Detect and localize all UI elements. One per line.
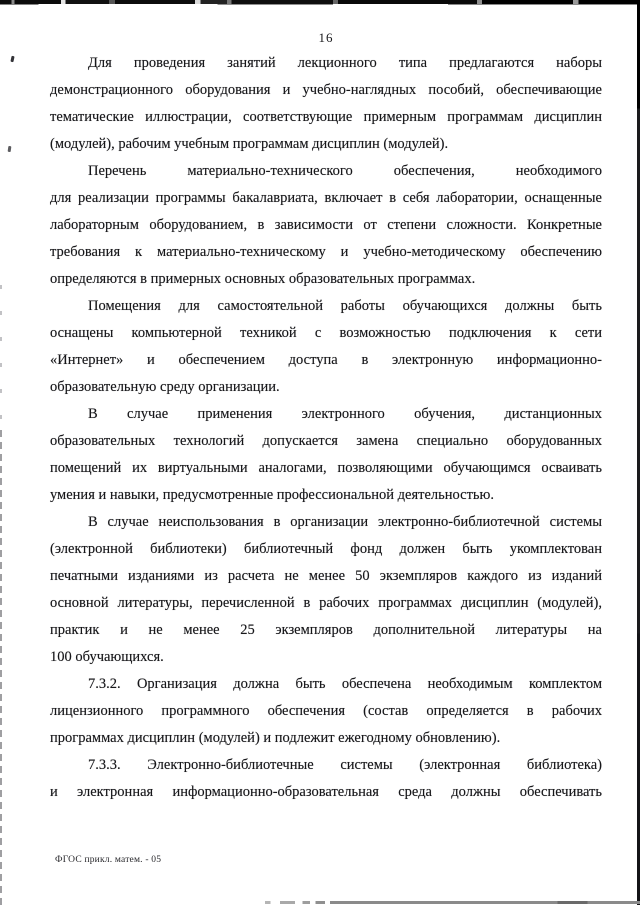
text-line: Для проведения занятий лекционного типа … <box>50 50 602 77</box>
text-line: (электронной библиотеки) библиотечный фо… <box>50 536 602 563</box>
paragraph: Помещения для самостоятельной работы обу… <box>50 293 602 401</box>
footer-note: ФГОС прикл. матем. - 05 <box>55 855 161 865</box>
scan-artifact-left-edge <box>0 430 2 905</box>
paragraph: 7.3.3. Электронно-библиотечные системы (… <box>50 752 602 806</box>
document-body: Для проведения занятий лекционного типа … <box>50 50 602 806</box>
scan-artifact-bottom-line <box>265 901 640 904</box>
text-line: умения и навыки, предусмотренные професс… <box>50 482 602 509</box>
page-number: 16 <box>50 30 602 46</box>
text-line: и электронная информационно-образователь… <box>50 779 602 806</box>
text-line: оснащены компьютерной техникой с возможн… <box>50 320 602 347</box>
paragraph: В случае применения электронного обучени… <box>50 401 602 509</box>
text-line: 7.3.3. Электронно-библиотечные системы (… <box>50 752 602 779</box>
text-line: демонстрационного оборудования и учебно-… <box>50 77 602 104</box>
text-line: образовательную среду организации. <box>50 374 602 401</box>
text-line: требования к материально-техническому и … <box>50 239 602 266</box>
scan-artifact-left-edge-upper <box>0 285 2 430</box>
text-line: определяются в примерных основных образо… <box>50 266 602 293</box>
text-line: Помещения для самостоятельной работы обу… <box>50 293 602 320</box>
text-line: печатными изданиями из расчета не менее … <box>50 563 602 590</box>
text-line: программах дисциплин (модулей) и подлежи… <box>50 725 602 752</box>
text-line: тематические иллюстрации, соответствующи… <box>50 104 602 131</box>
text-line: (модулей), рабочим учебным программам ди… <box>50 131 602 158</box>
text-line: лабораторным оборудованием, в зависимост… <box>50 212 602 239</box>
text-line: образовательных технологий допускается з… <box>50 428 602 455</box>
text-line: В случае неиспользования в организации э… <box>50 509 602 536</box>
text-line: «Интернет» и обеспечением доступа в элек… <box>50 347 602 374</box>
paragraph: В случае неиспользования в организации э… <box>50 509 602 671</box>
scan-artifact-top-edge-thin <box>0 4 640 5</box>
text-line: Перечень материально-технического обеспе… <box>50 158 602 185</box>
text-line: 100 обучающихся. <box>50 644 602 671</box>
text-line: практик и не менее 25 экземпляров дополн… <box>50 617 602 644</box>
text-line: для реализации программы бакалавриата, в… <box>50 185 602 212</box>
text-line: помещений их виртуальными аналогами, поз… <box>50 455 602 482</box>
paragraph: Перечень материально-технического обеспе… <box>50 158 602 293</box>
scan-speck <box>8 146 12 152</box>
text-line: В случае применения электронного обучени… <box>50 401 602 428</box>
text-line: 7.3.2. Организация должна быть обеспечен… <box>50 671 602 698</box>
paragraph: 7.3.2. Организация должна быть обеспечен… <box>50 671 602 752</box>
text-line: основной литературы, перечисленной в раб… <box>50 590 602 617</box>
paragraph: Для проведения занятий лекционного типа … <box>50 50 602 158</box>
text-line: лицензионного программного обеспечения (… <box>50 698 602 725</box>
scan-speck <box>10 56 14 62</box>
